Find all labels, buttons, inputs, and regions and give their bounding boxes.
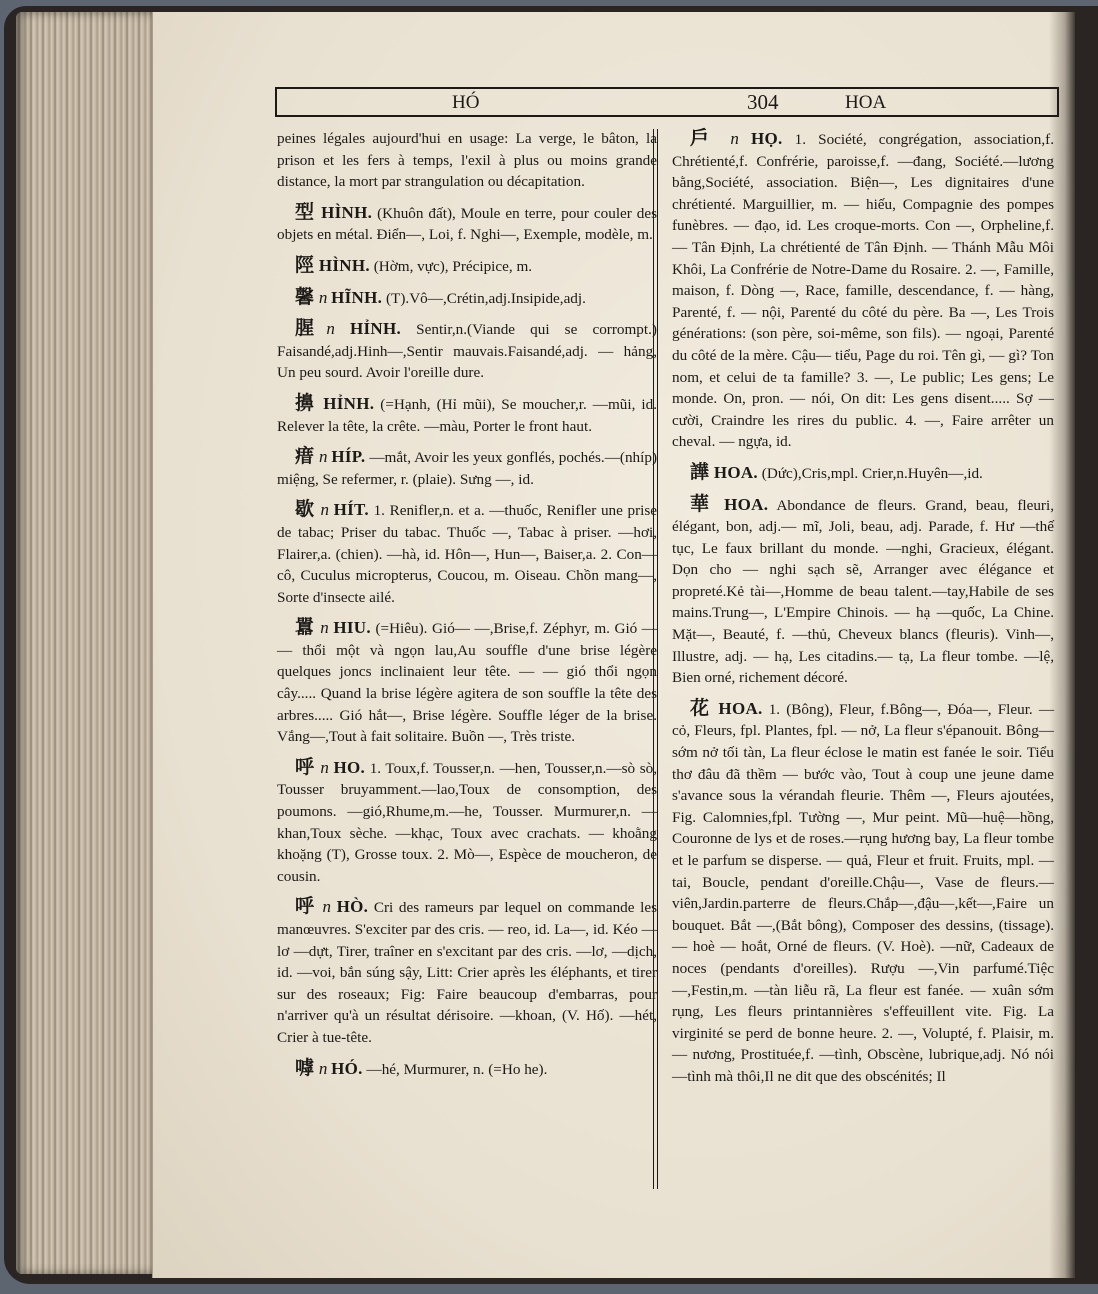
- nom-marker: n: [319, 447, 328, 466]
- headword: HỌ.: [751, 129, 783, 148]
- headword: HỈNH.: [323, 394, 374, 413]
- headword: HĨNH.: [331, 288, 382, 307]
- dictionary-entry: 呼 n HO. 1. Toux,f. Tousser,n. —hen, Tous…: [277, 757, 657, 888]
- headword: HIU.: [333, 618, 371, 637]
- nom-marker: n: [320, 618, 329, 637]
- nom-marker: n: [320, 500, 329, 519]
- dictionary-entry: 譁 HOA. (Dức),Cris,mpl. Crier,n.Huyên—,id…: [672, 462, 1054, 485]
- chinese-character: 腥: [295, 317, 326, 339]
- page-number: 304: [747, 90, 779, 115]
- nom-marker: n: [319, 1059, 328, 1078]
- chinese-character: 呼: [295, 756, 316, 778]
- headword: HÍP.: [331, 447, 365, 466]
- chinese-character: 陘: [295, 254, 315, 276]
- dictionary-entry: 擤 HỈNH. (=Hạnh, (Hỉ mũi), Se moucher,r. …: [277, 393, 657, 437]
- right-column: 戶 n HỌ. 1. Société, congrégation, associ…: [672, 128, 1054, 1097]
- dictionary-entry: 歇 n HÍT. 1. Renifler,n. et a. —thuốc, Re…: [277, 499, 657, 608]
- headword: HÒ.: [337, 897, 369, 916]
- dictionary-entry: 腥n HỈNH. Sentir,n.(Viande qui se corromp…: [277, 318, 657, 384]
- entry-text: (Hờm, vực), Précipice, m.: [370, 258, 532, 275]
- nom-marker: n: [322, 897, 331, 916]
- chinese-character: 嘑: [295, 1057, 315, 1079]
- dictionary-entry: 馨 n HĨNH. (T).Vô—,Crétin,adj.Insipide,ad…: [277, 287, 657, 310]
- entry-text: 1. (Bông), Fleur, f.Bông—, Đóa—, Fleur. …: [672, 701, 1054, 1085]
- dictionary-entry: 瘄 n HÍP. —mắt, Avoir les yeux gonflés, p…: [277, 446, 657, 490]
- entry-text: (T).Vô—,Crétin,adj.Insipide,adj.: [382, 290, 586, 307]
- chinese-character: 歇: [295, 498, 316, 520]
- entry-text: (Dức),Cris,mpl. Crier,n.Huyên—,id.: [758, 465, 983, 482]
- dictionary-entry: 華 HOA. Abondance de fleurs. Grand, beau,…: [672, 494, 1054, 689]
- dictionary-entry: 花 HOA. 1. (Bông), Fleur, f.Bông—, Đóa—, …: [672, 698, 1054, 1088]
- chinese-character: 擤: [295, 392, 317, 414]
- left-column: peines légales aujourd'hui en usage: La …: [277, 128, 657, 1089]
- dictionary-entry: 嘑 n HÓ. —hé, Murmurer, n. (=Ho he).: [277, 1058, 657, 1081]
- dictionary-entry: peines légales aujourd'hui en usage: La …: [277, 128, 657, 193]
- entry-text: Abondance de fleurs. Grand, beau, fleuri…: [672, 497, 1054, 687]
- entry-text: Cri des rameurs par lequel on commande l…: [277, 899, 657, 1046]
- headword: HỈNH.: [350, 319, 401, 338]
- entry-text: peines légales aujourd'hui en usage: La …: [277, 130, 657, 190]
- page-stack-edge: [16, 12, 154, 1274]
- chinese-character: 呼: [295, 895, 317, 917]
- chinese-character: 型: [295, 201, 316, 223]
- dictionary-entry: 陘 HÌNH. (Hờm, vực), Précipice, m.: [277, 255, 657, 278]
- right-guide-word: HOA: [845, 92, 886, 114]
- headword: HO.: [334, 758, 366, 777]
- chinese-character: 戶: [690, 127, 718, 149]
- dictionary-entry: 型 HÌNH. (Khuôn đất), Moule en terre, pou…: [277, 202, 657, 246]
- running-header: HÓ 304 HOA: [275, 87, 1059, 117]
- dictionary-page: HÓ 304 HOA peines légales aujourd'hui en…: [152, 12, 1075, 1278]
- chinese-character: 花: [690, 697, 712, 719]
- chinese-character: 華: [690, 493, 715, 515]
- headword: HOA.: [714, 463, 758, 482]
- nom-marker: n: [319, 288, 328, 307]
- headword: HOA.: [718, 699, 762, 718]
- headword: HÓ.: [331, 1059, 363, 1078]
- dictionary-entry: 呼 n HÒ. Cri des rameurs par lequel on co…: [277, 896, 657, 1048]
- entry-text: 1. Société, congrégation, association,f.…: [672, 131, 1054, 450]
- nom-marker: n: [730, 129, 739, 148]
- entry-text: 1. Toux,f. Tousser,n. —hen, Tousser,n.—s…: [277, 760, 657, 885]
- headword: HÌNH.: [321, 203, 372, 222]
- entry-text: (=Hiêu). Gió— —,Brise,f. Zéphyr, m. Gió …: [277, 620, 657, 745]
- headword: HOA.: [724, 495, 768, 514]
- nom-marker: n: [320, 758, 329, 777]
- dictionary-entry: 戶 n HỌ. 1. Société, congrégation, associ…: [672, 128, 1054, 453]
- nom-marker: n: [326, 319, 335, 338]
- chinese-character: 囂: [295, 616, 316, 638]
- chinese-character: 譁: [690, 461, 710, 483]
- left-guide-word: HÓ: [452, 92, 479, 114]
- chinese-character: 瘄: [295, 445, 315, 467]
- headword: HÌNH.: [319, 256, 370, 275]
- entry-text: —hé, Murmurer, n. (=Ho he).: [363, 1061, 548, 1078]
- headword: HÍT.: [334, 500, 369, 519]
- dictionary-entry: 囂 n HIU. (=Hiêu). Gió— —,Brise,f. Zéphyr…: [277, 617, 657, 748]
- chinese-character: 馨: [295, 286, 315, 308]
